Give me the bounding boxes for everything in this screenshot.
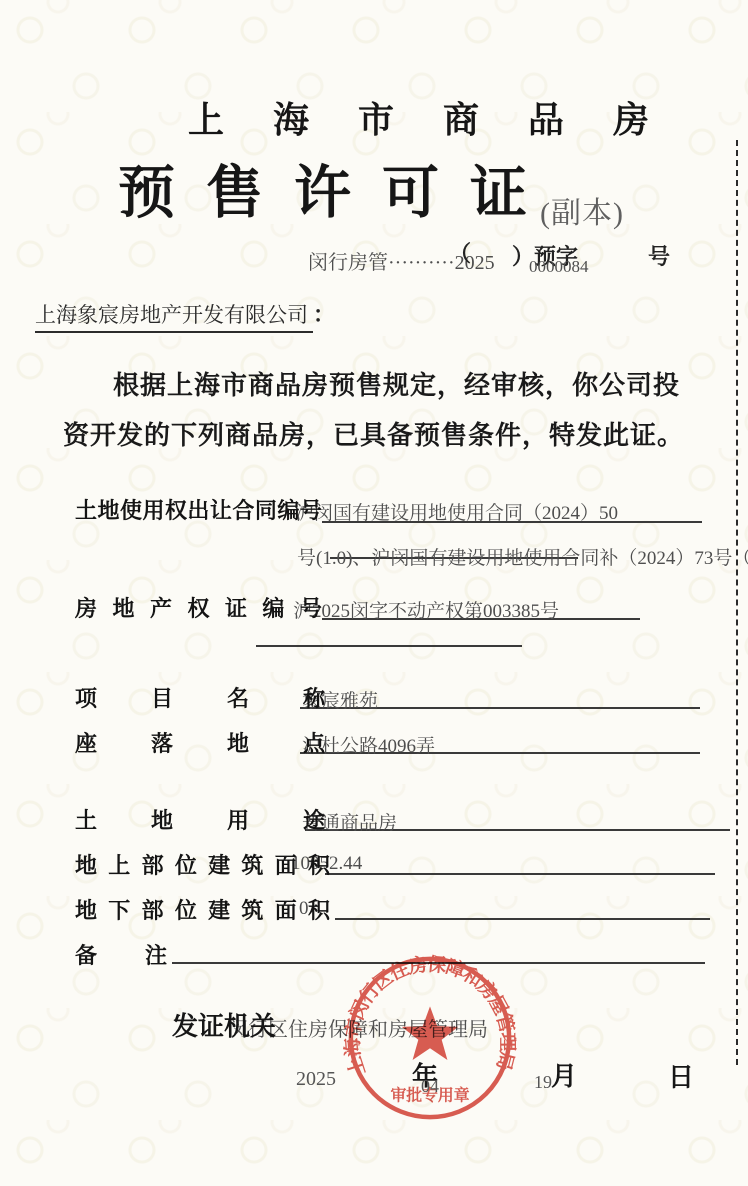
copy-mark: (副本) — [540, 188, 624, 232]
document-title-line1: 上 海 市 商 品 房 — [188, 92, 669, 143]
body-text-line2: 资开发的下列商品房，已具备预售条件，特发此证。 — [63, 415, 684, 452]
field-label-property-cert: 房地产权证编号 — [75, 592, 322, 623]
field-label-land-contract: 土地使用权出让合同编号 — [75, 494, 322, 525]
field-value-land-contract-line2: 号(1.0)、沪闵国有建设用地使用合同补（2024）73号（2.0） — [297, 543, 748, 570]
permit-number-suffix: 号 — [648, 240, 670, 271]
company-colon: ： — [313, 302, 335, 327]
date-day-label: 日 — [668, 1057, 694, 1094]
date-month-value: 04 — [421, 1076, 439, 1097]
field-value-property-cert: 沪2025闵字不动产权第003385号 — [293, 596, 559, 623]
field-label-project-name: 项目名称 — [75, 682, 325, 713]
date-day-value: 19 — [534, 1072, 552, 1093]
field-label-above-ground-area: 地上部位建筑面积 — [75, 849, 330, 880]
field-label-remarks: 备注 — [75, 939, 167, 970]
seal-star-icon — [402, 1006, 458, 1060]
permit-serial-number: 0000084 — [529, 257, 589, 277]
field-label-location: 座落地点 — [75, 727, 325, 758]
issuer-label: 发证机关 — [172, 1006, 276, 1043]
fill-line — [256, 645, 522, 647]
permit-number-bracket-open: （ — [449, 237, 471, 268]
field-label-land-use: 土地用途 — [75, 804, 325, 835]
date-year-value: 2025 — [296, 1068, 336, 1091]
field-label-below-ground-area: 地下部位建筑面积 — [75, 894, 330, 925]
body-text-line1: 根据上海市商品房预售规定，经审核，你公司投 — [113, 365, 680, 402]
fill-line — [325, 873, 715, 875]
official-seal: 上海市闵行区住房保障和房屋管理局 审批专用章 — [341, 949, 519, 1127]
field-value-land-contract-line1: 沪闵国有建设用地使用合同（2024）50 — [295, 498, 618, 525]
official-seal-graphic: 上海市闵行区住房保障和房屋管理局 审批专用章 — [341, 949, 519, 1127]
company-name: 上海象宸房地产开发有限公司 — [35, 299, 313, 333]
presale-permit-document: 上 海 市 商 品 房 预售许可证 (副本) 闵行房管··········202… — [0, 0, 748, 1186]
fill-line — [335, 918, 710, 920]
page-edge-dashed-line — [736, 140, 738, 1065]
date-month-label: 月 — [551, 1056, 577, 1093]
document-title-line2: 预售许可证 — [118, 147, 558, 229]
